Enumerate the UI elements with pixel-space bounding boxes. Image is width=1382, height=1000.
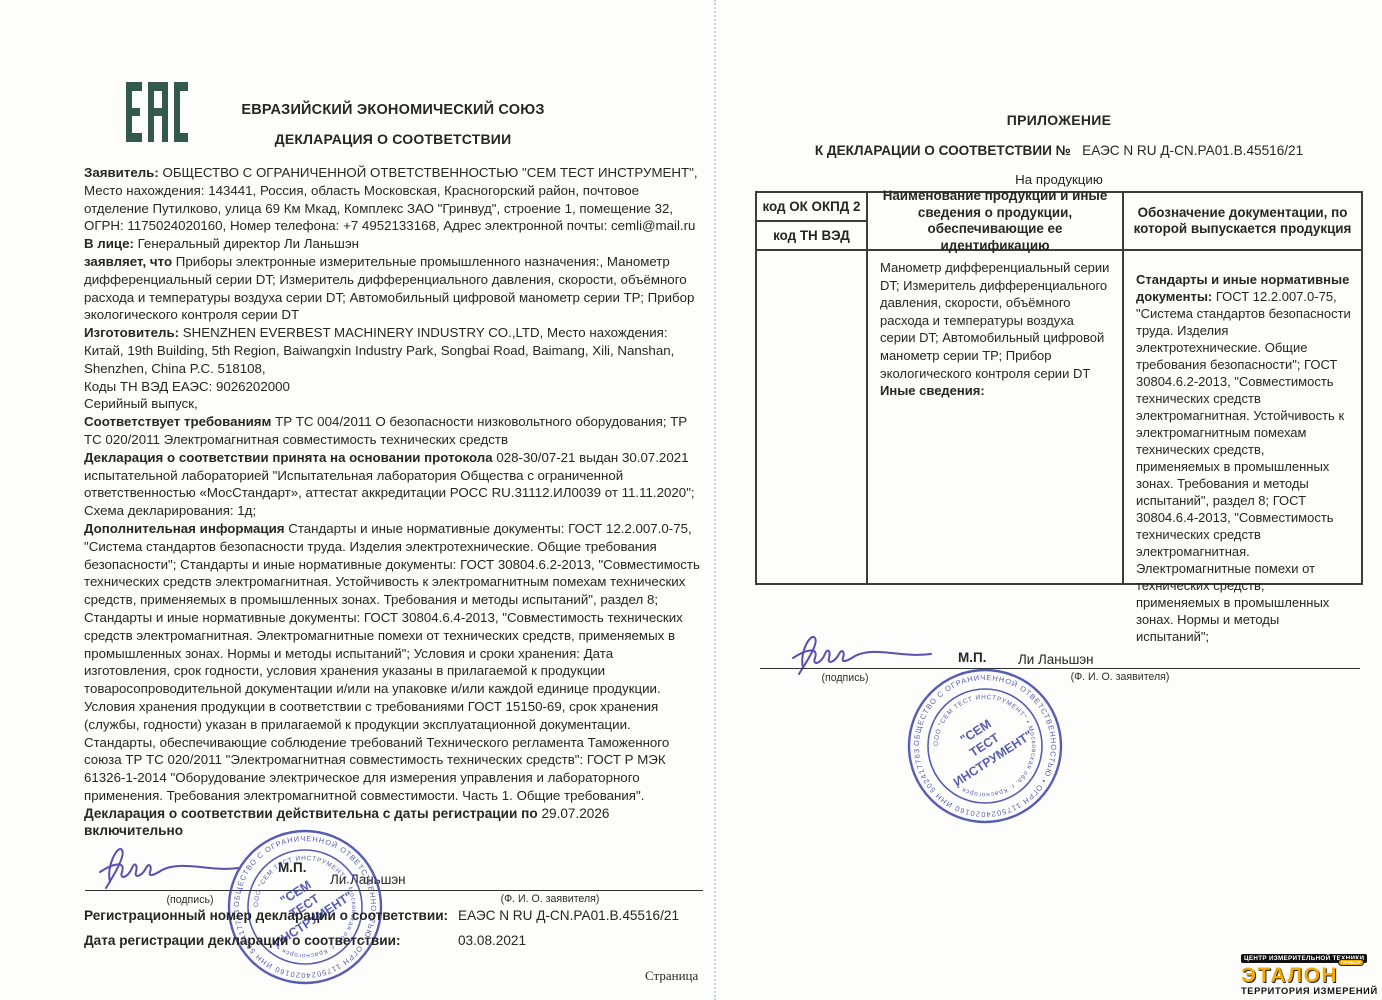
complies-paragraph: Соответствует требованиям ТР ТС 004/2011… bbox=[84, 413, 702, 449]
other-info-label: Иные сведения: bbox=[880, 383, 985, 398]
documentation-header: Обозначение документации, по которой вып… bbox=[1124, 193, 1361, 251]
declaration-scan: ЕВРАЗИЙСКИЙ ЭКОНОМИЧЕСКИЙ СОЮЗ ДЕКЛАРАЦИ… bbox=[0, 0, 1382, 1000]
declares-label: заявляет, что bbox=[84, 254, 172, 269]
eac-logo-icon bbox=[126, 82, 188, 144]
fio-label-left: (Ф. И. О. заявителя) bbox=[460, 893, 640, 905]
etalon-logo: ЦЕНТР ИЗМЕРИТЕЛЬНОЙ ТЕХНИКИ ЭТАЛОН ПРИБО… bbox=[1238, 947, 1376, 996]
sign-label-right: (подпись) bbox=[790, 672, 900, 684]
additional-info-paragraph: Дополнительная информация Стандарты и ин… bbox=[84, 520, 702, 805]
product-description-text: Манометр дифференциальный серии DT; Изме… bbox=[880, 260, 1109, 381]
applicant-signature-left bbox=[92, 838, 242, 896]
declares-paragraph: заявляет, что Приборы электронные измери… bbox=[84, 253, 702, 324]
tnved-code-header: код ТН ВЭД bbox=[757, 222, 866, 249]
declares-text: Приборы электронные измерительные промыш… bbox=[84, 254, 694, 322]
tnved-line: Коды ТН ВЭД ЕАЭС: 9026202000 bbox=[84, 378, 702, 396]
registration-date-value: 03.08.2021 bbox=[458, 933, 526, 948]
annex-subtitle: К ДЕКЛАРАЦИИ О СООТВЕТСТВИИ № ЕАЭС N RU … bbox=[755, 143, 1363, 158]
company-stamp-left: ОБЩЕСТВО С ОГРАНИЧЕННОЙ ОТВЕТСТВЕННОСТЬЮ… bbox=[224, 826, 386, 988]
in-person-text: Генеральный директор Ли Ланьшэн bbox=[134, 236, 359, 251]
validity-paragraph: Декларация о соответствии действительна … bbox=[84, 805, 702, 841]
applicant-paragraph: Заявитель: ОБЩЕСТВО С ОГРАНИЧЕННОЙ ОТВЕТ… bbox=[84, 164, 702, 235]
in-person-label: В лице: bbox=[84, 236, 134, 251]
registration-date-label: Дата регистрации декларации о соответств… bbox=[84, 933, 401, 948]
complies-label: Соответствует требованиям bbox=[84, 414, 271, 429]
registration-number-value: ЕАЭС N RU Д-CN.РА01.В.45516/21 bbox=[458, 908, 679, 923]
documentation-cell: Стандарты и иные нормативные документы: … bbox=[1124, 251, 1361, 583]
annex-declaration-number: ЕАЭС N RU Д-CN.РА01.В.45516/21 bbox=[1082, 143, 1303, 158]
products-caption: На продукцию bbox=[755, 172, 1363, 187]
page-divider-line bbox=[714, 0, 716, 1000]
signature-line-left bbox=[85, 890, 703, 891]
validity-label: Декларация о соответствии действительна … bbox=[84, 806, 538, 821]
additional-info-label: Дополнительная информация bbox=[84, 521, 285, 536]
manufacturer-paragraph: Изготовитель: SHENZHEN EVERBEST MACHINER… bbox=[84, 324, 702, 377]
validity-suffix: включительно bbox=[84, 823, 183, 838]
applicant-label: Заявитель: bbox=[84, 165, 159, 180]
etalon-badge: ПРИБОР bbox=[1338, 959, 1364, 966]
additional-info-text: Стандарты и иные нормативные документы: … bbox=[84, 521, 700, 803]
annex-page: ПРИЛОЖЕНИЕ К ДЕКЛАРАЦИИ О СООТВЕТСТВИИ №… bbox=[755, 112, 1363, 585]
stamp-place-note-right: М.П. bbox=[958, 650, 986, 665]
declaration-header: ЕВРАЗИЙСКИЙ ЭКОНОМИЧЕСКИЙ СОЮЗ ДЕКЛАРАЦИ… bbox=[84, 82, 702, 164]
validity-date: 29.07.2026 bbox=[538, 806, 610, 821]
serial-line: Серийный выпуск, bbox=[84, 395, 702, 413]
codes-header-cell: код ОК ОКПД 2 код ТН ВЭД bbox=[757, 193, 868, 251]
documentation-text: ГОСТ 12.2.007.0-75, "Система стандартов … bbox=[1136, 289, 1351, 644]
annex-title: ПРИЛОЖЕНИЕ bbox=[755, 112, 1363, 128]
product-name-header: Наименование продукции и иные сведения о… bbox=[868, 193, 1124, 251]
page-number-label: Страница bbox=[645, 968, 698, 984]
etalon-bottom-text: ТЕРРИТОРИЯ ИЗМЕРЕНИЙ bbox=[1241, 986, 1378, 996]
declaration-page: ЕВРАЗИЙСКИЙ ЭКОНОМИЧЕСКИЙ СОЮЗ ДЕКЛАРАЦИ… bbox=[84, 82, 702, 840]
codes-value-cell bbox=[757, 251, 868, 583]
basis-label: Декларация о соответствии принята на осн… bbox=[84, 450, 493, 465]
company-stamp-right: ОБЩЕСТВО С ОГРАНИЧЕННОЙ ОТВЕТСТВЕННОСТЬЮ… bbox=[904, 665, 1066, 827]
annex-subtitle-label: К ДЕКЛАРАЦИИ О СООТВЕТСТВИИ № bbox=[815, 143, 1071, 158]
registration-number-label: Регистрационный номер декларации о соотв… bbox=[84, 908, 448, 923]
products-table: код ОК ОКПД 2 код ТН ВЭД Наименование пр… bbox=[755, 191, 1363, 585]
etalon-name: ЭТАЛОН bbox=[1241, 965, 1378, 986]
product-description-cell: Манометр дифференциальный серии DT; Изме… bbox=[868, 251, 1124, 583]
manufacturer-label: Изготовитель: bbox=[84, 325, 179, 340]
basis-paragraph: Декларация о соответствии принята на осн… bbox=[84, 449, 702, 520]
in-person-paragraph: В лице: Генеральный директор Ли Ланьшэн bbox=[84, 235, 702, 253]
applicant-text: ОБЩЕСТВО С ОГРАНИЧЕННОЙ ОТВЕТСТВЕННОСТЬЮ… bbox=[84, 165, 698, 233]
okpd-code-header: код ОК ОКПД 2 bbox=[757, 193, 866, 222]
